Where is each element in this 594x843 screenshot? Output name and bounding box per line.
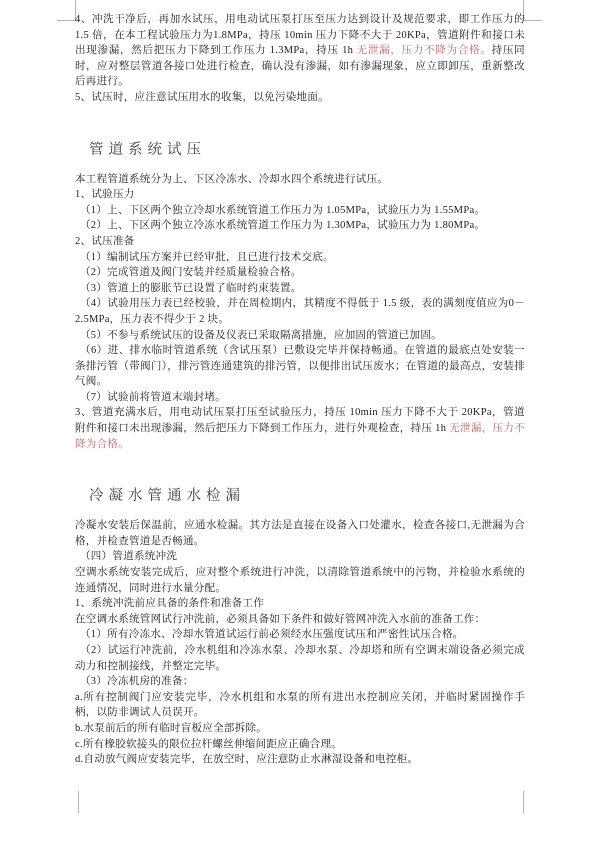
text-run: 2、试压准备 [75, 236, 135, 247]
text-boundary-mark-top-right [523, 0, 542, 21]
paragraph: （3）管道上的膨胀节已设置了临时约束装置。 [75, 281, 525, 297]
text-boundary-mark-bottom-right [523, 791, 525, 813]
text-run: （1）上、下区两个独立冷却水系统管道工作压力为 1.05MPa，试验压力为 1.… [80, 205, 485, 216]
section-heading: 冷凝水管通水检漏 [75, 486, 525, 506]
text-run: （1）所有冷冻水、冷却水管道试运行前必须经水压强度试压和严密性试压合格。 [80, 629, 464, 640]
text-run: d.自动放气阀应安装完毕，在放空时，应注意防止水淋湿设备和电控柜。 [75, 754, 418, 765]
text-run: 1、试验压力 [75, 189, 135, 200]
paragraph: a.所有控制阀门应安装完毕，冷水机组和水泵的所有进出水控制应关闭，并临时紧固操作… [75, 690, 525, 721]
word-document-page: { "page": { "background": "#ffffff", "cr… [0, 0, 594, 843]
paragraph: b.水泵前后的所有临时盲板应全部拆除。 [75, 721, 525, 737]
text-run: （3）冷冻机房的准备： [80, 676, 194, 687]
text-run: （7）试验前将管道末端封堵。 [80, 392, 226, 403]
text-run: 本工程管道系统分为上、下区冷冻水、冷却水四个系统进行试压。 [75, 174, 388, 185]
text-boundary-mark-bottom-left [78, 791, 80, 813]
paragraph: 4、冲洗干净后，再加水试压，用电动试压泵打压至压力达到设计及规范要求，即工作压力… [75, 12, 525, 90]
section-heading-text: 冷凝水管通水检漏 [89, 488, 245, 504]
text-boundary-mark-top-left [57, 0, 76, 21]
document-body: 4、冲洗干净后，再加水试压，用电动试压泵打压至压力达到设计及规范要求，即工作压力… [75, 12, 525, 768]
paragraph: 5、试压时，应注意试压用水的收集，以免污染地面。 [75, 90, 525, 106]
paragraph: （1）所有冷冻水、冷却水管道试运行前必须经水压强度试压和严密性试压合格。 [75, 627, 525, 643]
text-run: （2）试运行冲洗前，冷水机组和冷冻水泵、冷却水泵、冷却塔和所有空调末端设备必须完… [75, 645, 525, 672]
paragraph: 本工程管道系统分为上、下区冷冻水、冷却水四个系统进行试压。 [75, 172, 525, 188]
text-run: （四）管道系统冲洗 [80, 551, 177, 562]
paragraph: 2、试压准备 [75, 234, 525, 250]
paragraph: （四）管道系统冲洗 [75, 549, 525, 565]
paragraph: 3、管道充满水后，用电动试压泵打压至试验压力，持压 10min 压力下降不大于 … [75, 405, 525, 452]
text-run: （2）完成管道及阀门安装并经质量检验合格。 [80, 267, 302, 278]
paragraph: （2）上、下区两个独立冷冻水系统管道工作压力为 1.30MPa，试验压力为 1.… [75, 218, 525, 234]
text-run: （3）管道上的膨胀节已设置了临时约束装置。 [80, 283, 302, 294]
text-run: 空调水系统安装完成后，应对整个系统进行冲洗，以清除管道系统中的污物，并检验水系统… [75, 567, 525, 594]
paragraph: （3）冷冻机房的准备： [75, 674, 525, 690]
paragraph: （6）进、排水临时管道系统（含试压泵）已敷设完毕并保持畅通。在管道的最底点处安装… [75, 343, 525, 390]
section-heading-text: 管道系统试压 [89, 142, 206, 158]
paragraph: 1、系统冲洗前应具备的条件和准备工作 [75, 596, 525, 612]
text-run: （5）不参与系统试压的设备及仪表已采取隔离措施，应加固的管道已加固。 [80, 330, 442, 341]
text-run: （4）试验用压力表已经校验，并在周检期内，其精度不得低于 1.5 级，表的满刻度… [75, 298, 525, 325]
paragraph: （2）试运行冲洗前，冷水机组和冷冻水泵、冷却水泵、冷却塔和所有空调末端设备必须完… [75, 643, 525, 674]
text-run: 1、系统冲洗前应具备的条件和准备工作 [75, 598, 264, 609]
paragraph: （1）编制试压方案并已经审批，且已进行技术交底。 [75, 250, 525, 266]
paragraph: （4）试验用压力表已经校验，并在周检期内，其精度不得低于 1.5 级，表的满刻度… [75, 296, 525, 327]
text-run: c.所有橡胶软接头的限位拉杆螺丝伸缩间距应正确合理。 [75, 739, 342, 750]
text-run: （6）进、排水临时管道系统（含试压泵）已敷设完毕并保持畅通。在管道的最底点处安装… [75, 345, 525, 387]
text-run: a.所有控制阀门应安装完毕，冷水机组和水泵的所有进出水控制应关闭，并临时紧固操作… [75, 692, 525, 719]
text-run: 在空调水系统管网试行冲洗前，必须具备如下条件和做好管网冲洗入水前的准备工作： [75, 614, 485, 625]
paragraph: 空调水系统安装完成后，应对整个系统进行冲洗，以清除管道系统中的污物，并检验水系统… [75, 565, 525, 596]
paragraph: 1、试验压力 [75, 187, 525, 203]
paragraph: （1）上、下区两个独立冷却水系统管道工作压力为 1.05MPa，试验压力为 1.… [75, 203, 525, 219]
paragraph: c.所有橡胶软接头的限位拉杆螺丝伸缩间距应正确合理。 [75, 737, 525, 753]
paragraph: （5）不参与系统试压的设备及仪表已采取隔离措施，应加固的管道已加固。 [75, 328, 525, 344]
text-run: b.水泵前后的所有临时盲板应全部拆除。 [75, 723, 267, 734]
paragraph: （7）试验前将管道末端封堵。 [75, 390, 525, 406]
text-run: （2）上、下区两个独立冷冻水系统管道工作压力为 1.30MPa，试验压力为 1.… [80, 220, 485, 231]
section-heading: 管道系统试压 [75, 140, 525, 160]
highlighted-text-run: 无泄漏，压力不降为合格。 [357, 45, 492, 56]
text-run: 冷凝水安装后保温前，应通水检漏。其方法是直接在设备入口处灌水，检查各接口,无泄漏… [75, 520, 525, 547]
text-run: （1）编制试压方案并已经审批，且已进行技术交底。 [80, 252, 334, 263]
paragraph: 在空调水系统管网试行冲洗前，必须具备如下条件和做好管网冲洗入水前的准备工作： [75, 612, 525, 628]
text-run: 5、试压时，应注意试压用水的收集，以免污染地面。 [75, 92, 329, 103]
paragraph: d.自动放气阀应安装完毕，在放空时，应注意防止水淋湿设备和电控柜。 [75, 752, 525, 768]
paragraph: 冷凝水安装后保温前，应通水检漏。其方法是直接在设备入口处灌水，检查各接口,无泄漏… [75, 518, 525, 549]
paragraph: （2）完成管道及阀门安装并经质量检验合格。 [75, 265, 525, 281]
